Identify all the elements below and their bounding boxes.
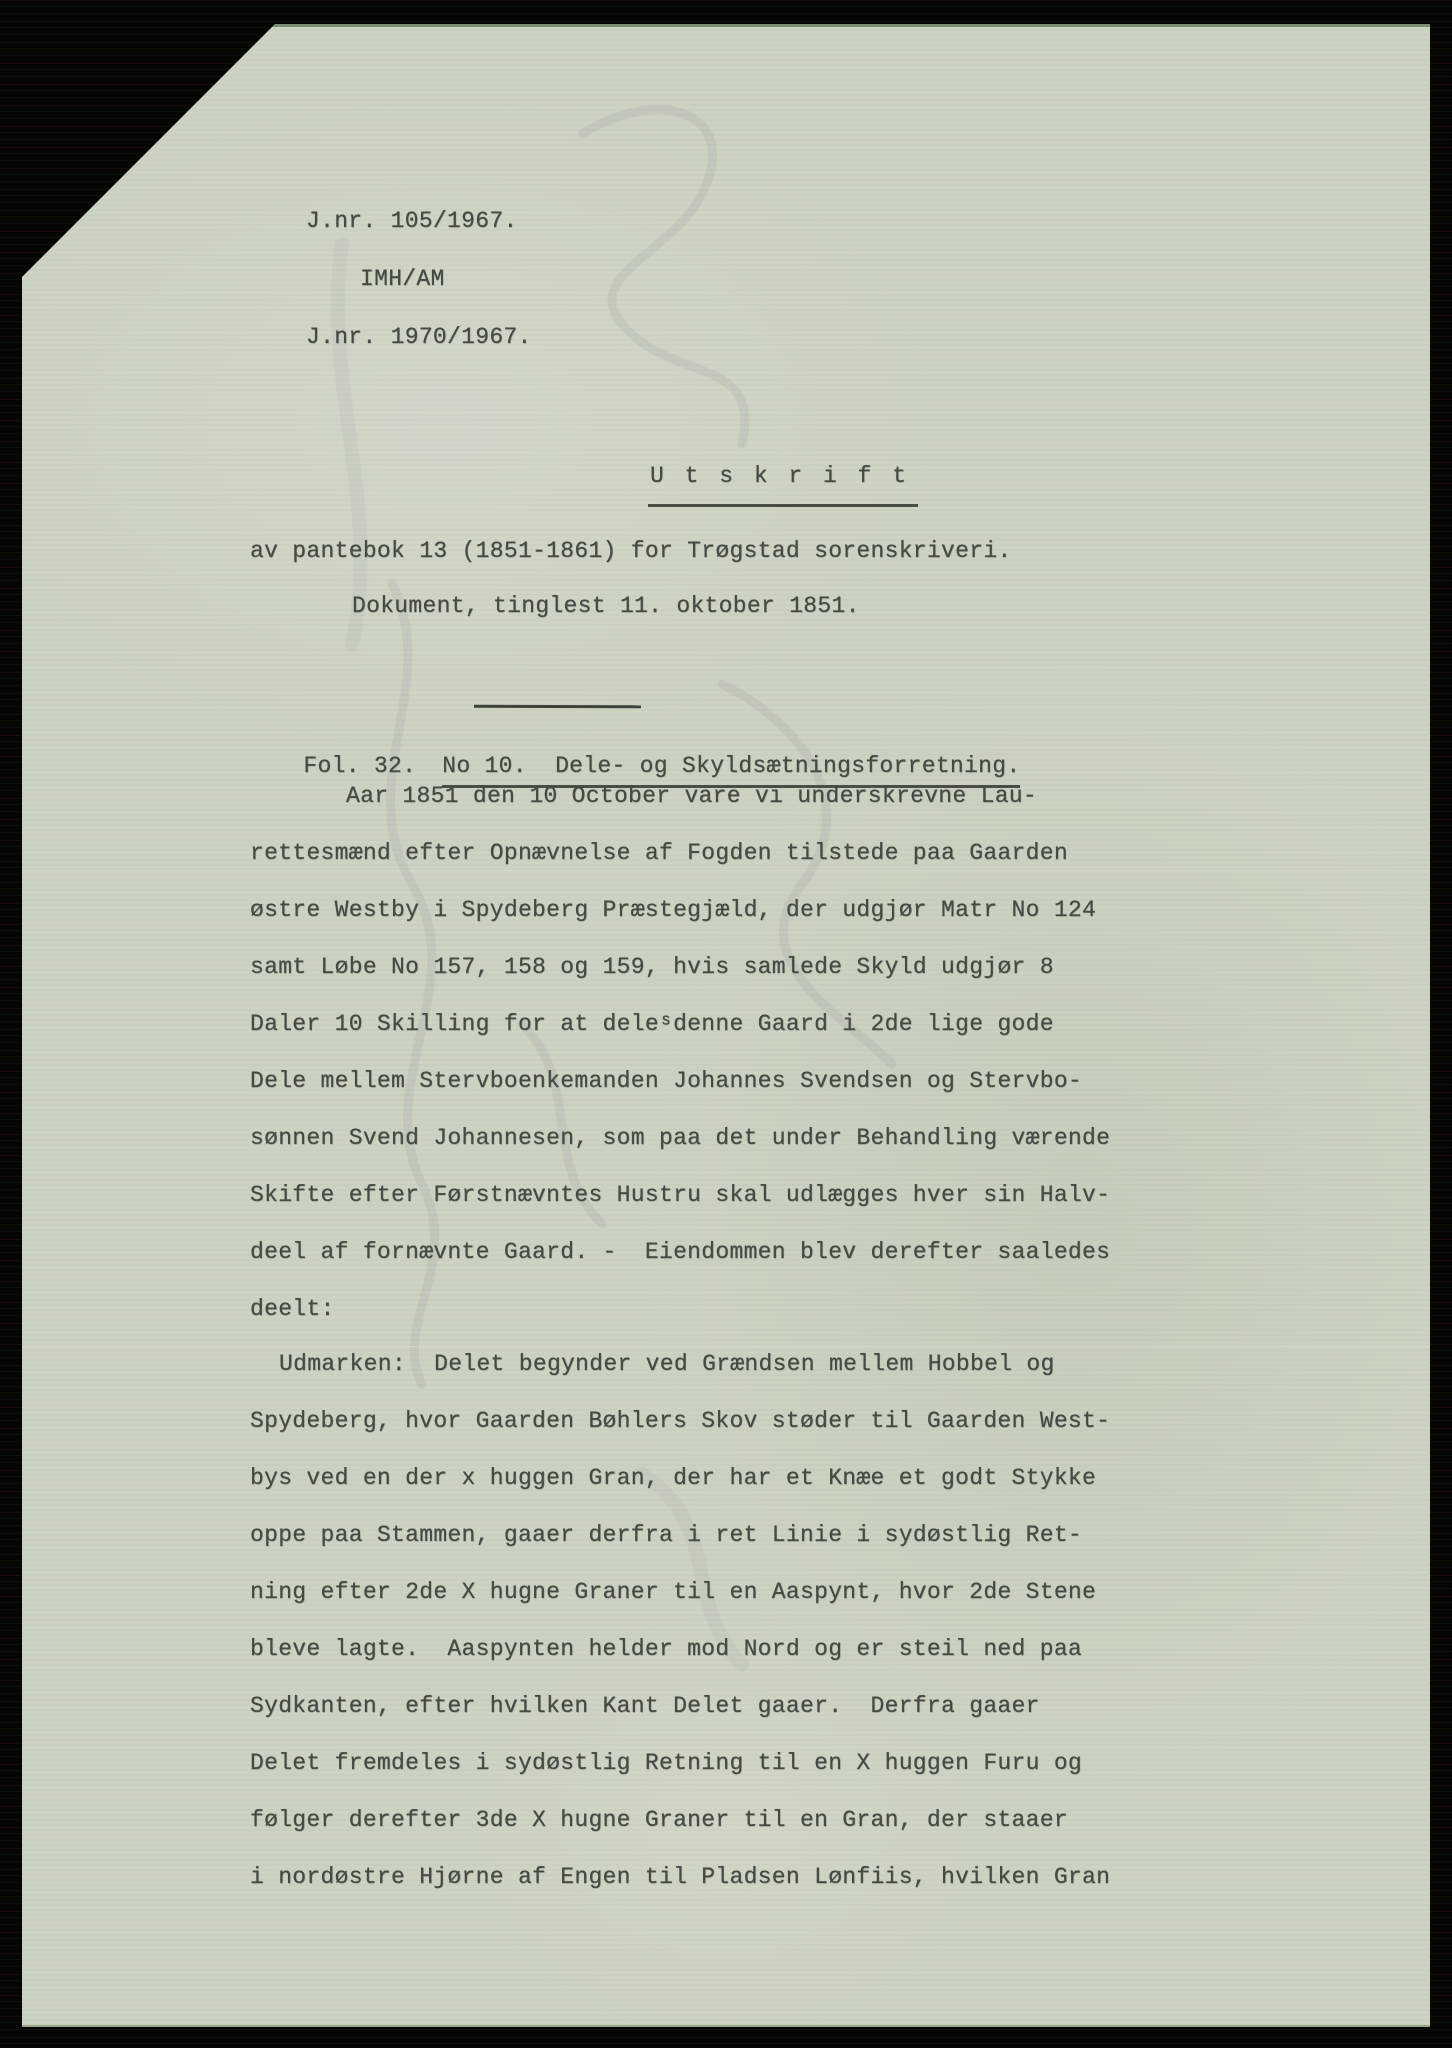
subtitle-source: av pantebok 13 (1851-1861) for Trøgstad … bbox=[250, 538, 1012, 566]
body-line: Spydeberg, hvor Gaarden Bøhlers Skov stø… bbox=[250, 1408, 1110, 1436]
journal-number-2: J.nr. 1970/1967. bbox=[306, 324, 532, 352]
body-line: i nordøstre Hjørne af Engen til Pladsen … bbox=[250, 1864, 1110, 1892]
body-line: deel af fornævnte Gaard. - Eiendommen bl… bbox=[250, 1239, 1110, 1267]
body-line: bleve lagte. Aaspynten helder mod Nord o… bbox=[250, 1636, 1082, 1664]
paper-crease bbox=[22, 1346, 1430, 1347]
body-line: Delet fremdeles i sydøstlig Retning til … bbox=[250, 1750, 1082, 1778]
paper-crease bbox=[22, 870, 1430, 871]
journal-number-1: J.nr. 105/1967. bbox=[306, 208, 518, 236]
subtitle-document: Dokument, tinglest 11. oktober 1851. bbox=[352, 593, 860, 621]
body-line: østre Westby i Spydeberg Præstegjæld, de… bbox=[250, 897, 1096, 925]
body-line: Dele mellem Stervboenkemanden Johannes S… bbox=[250, 1068, 1082, 1096]
body-line: følger derefter 3de X hugne Graner til e… bbox=[250, 1807, 1068, 1835]
body-line: ning efter 2de X hugne Graner til en Aas… bbox=[250, 1579, 1096, 1607]
body-line: samt Løbe No 157, 158 og 159, hvis samle… bbox=[250, 954, 1054, 982]
body-line: Sydkanten, efter hvilken Kant Delet gaae… bbox=[250, 1693, 1040, 1721]
clerk-initials: IMH/AM bbox=[360, 266, 445, 294]
page-title: U t s k r i f t bbox=[648, 463, 918, 507]
body-line: rettesmænd efter Opnævnelse af Fogden ti… bbox=[250, 840, 1068, 868]
body-line: Udmarken: Delet begynder ved Grændsen me… bbox=[279, 1351, 1055, 1379]
section-divider bbox=[474, 705, 641, 709]
body-line: sønnen Svend Johannesen, som paa det und… bbox=[250, 1125, 1110, 1153]
body-line: Daler 10 Skilling for at deleˢdenne Gaar… bbox=[250, 1011, 1054, 1039]
body-line: Aar 1851 den 10 October vare vi underskr… bbox=[346, 783, 1037, 811]
body-line: deelt: bbox=[250, 1296, 335, 1324]
folio-reference: Fol. 32. bbox=[303, 753, 416, 779]
scanned-document-page: J.nr. 105/1967. IMH/AM J.nr. 1970/1967. … bbox=[22, 24, 1430, 2027]
body-line: Skifte efter Førstnævntes Hustru skal ud… bbox=[250, 1182, 1110, 1210]
body-line: bys ved en der x huggen Gran, der har et… bbox=[250, 1465, 1096, 1493]
body-line: oppe paa Stammen, gaaer derfra i ret Lin… bbox=[250, 1522, 1082, 1550]
